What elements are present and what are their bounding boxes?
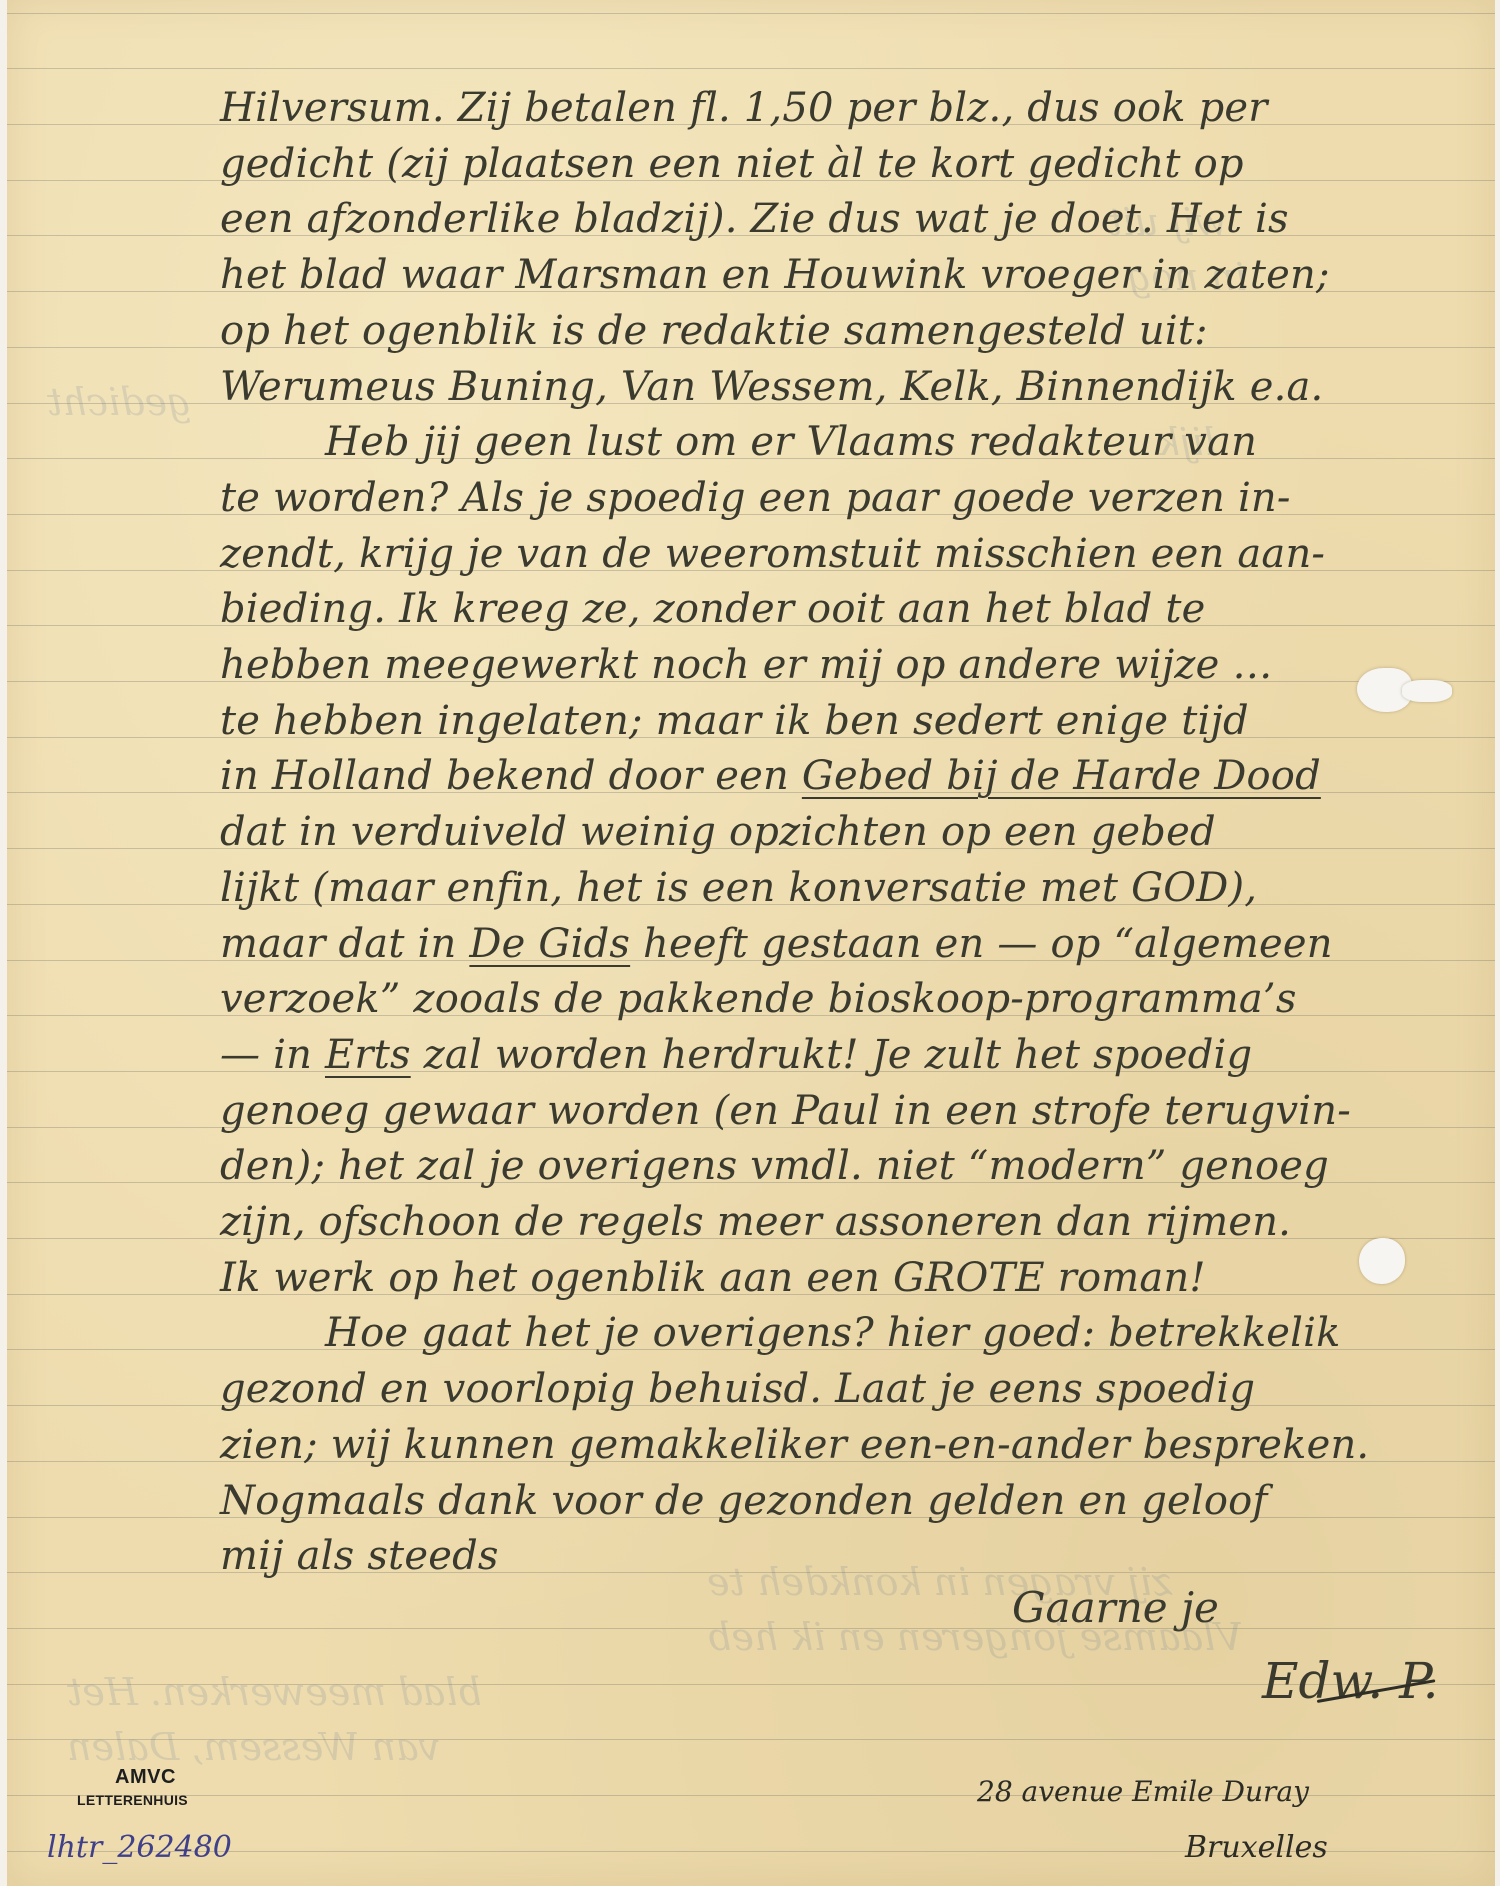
letter-line: zendt, krijg je van de weeromstuit missc… bbox=[220, 534, 1325, 574]
archive-stamp-subtitle: LETTERENHUIS bbox=[77, 1792, 188, 1808]
sender-address-street: 28 avenue Emile Duray bbox=[977, 1775, 1309, 1808]
letter-line: hebben meegewerkt noch er mij op andere … bbox=[220, 645, 1273, 685]
letter-line: — in Erts zal worden herdrukt! Je zult h… bbox=[220, 1035, 1252, 1075]
letter-line: gedicht (zij plaatsen een niet àl te kor… bbox=[220, 144, 1244, 184]
archive-reference-number: lhtr_262480 bbox=[47, 1830, 232, 1865]
letter-line: op het ogenblik is de redaktie samengest… bbox=[220, 311, 1208, 351]
letter-line: Hoe gaat het je overigens? hier goed: be… bbox=[325, 1313, 1341, 1353]
sender-address-city: Bruxelles bbox=[1185, 1830, 1328, 1865]
letter-line: Nogmaals dank voor de gezonden gelden en… bbox=[220, 1481, 1267, 1521]
underlined-title: Erts bbox=[325, 1032, 411, 1078]
letter-line: Hilversum. Zij betalen fl. 1,50 per blz.… bbox=[220, 88, 1268, 128]
letter-line: Werumeus Buning, Van Wessem, Kelk, Binne… bbox=[220, 367, 1323, 407]
letter-line: verzoek” zooals de pakkende bioskoop-pro… bbox=[220, 979, 1297, 1019]
letter-page: wij uit in nog lijk gedicht blad meewerk… bbox=[7, 0, 1495, 1886]
closing-salutation: Gaarne je bbox=[1012, 1583, 1219, 1632]
letter-line: maar dat in De Gids heeft gestaan en — o… bbox=[220, 924, 1333, 964]
bleed-through-text: van Wessem, Dalen bbox=[67, 1725, 440, 1769]
signature: Edw. P. bbox=[1262, 1652, 1439, 1710]
letter-line: zien; wij kunnen gemakkeliker een-en-and… bbox=[220, 1425, 1369, 1465]
letter-line: te worden? Als je spoedig een paar goede… bbox=[220, 478, 1291, 518]
letter-line: zijn, ofschoon de regels meer assoneren … bbox=[220, 1202, 1291, 1242]
letter-line: in Holland bekend door een Gebed bij de … bbox=[220, 756, 1321, 796]
ruled-line bbox=[7, 13, 1495, 14]
archive-stamp-title: AMVC bbox=[115, 1766, 176, 1789]
letter-line: genoeg gewaar worden (en Paul in een str… bbox=[220, 1091, 1351, 1131]
letter-line: gezond en voorlopig behuisd. Laat je een… bbox=[220, 1369, 1255, 1409]
letter-line: den); het zal je overigens vmdl. niet “m… bbox=[220, 1146, 1329, 1186]
bleed-through-text: blad meewerken. Het bbox=[67, 1670, 482, 1714]
letter-line: dat in verduiveld weinig opzichten op ee… bbox=[220, 812, 1216, 852]
underlined-title: De Gids bbox=[469, 921, 630, 967]
letter-line: Ik werk op het ogenblik aan een GROTE ro… bbox=[220, 1258, 1206, 1298]
letter-line: bieding. Ik kreeg ze, zonder ooit aan he… bbox=[220, 589, 1206, 629]
letter-line: te hebben ingelaten; maar ik ben sedert … bbox=[220, 701, 1249, 741]
letter-line: het blad waar Marsman en Houwink vroeger… bbox=[220, 255, 1330, 295]
letter-line: Heb jij geen lust om er Vlaams redakteur… bbox=[325, 422, 1257, 462]
punch-hole bbox=[1359, 1238, 1405, 1284]
bleed-through-text: gedicht bbox=[47, 380, 191, 424]
underlined-title: Gebed bij de Harde Dood bbox=[802, 753, 1321, 799]
ruled-line bbox=[7, 68, 1495, 69]
letter-line: een afzonderlike bladzij). Zie dus wat j… bbox=[220, 199, 1289, 239]
letter-line: lijkt (maar enfin, het is een konversati… bbox=[220, 868, 1257, 908]
punch-hole-tear bbox=[1402, 680, 1452, 702]
letter-line: mij als steeds bbox=[220, 1536, 499, 1576]
